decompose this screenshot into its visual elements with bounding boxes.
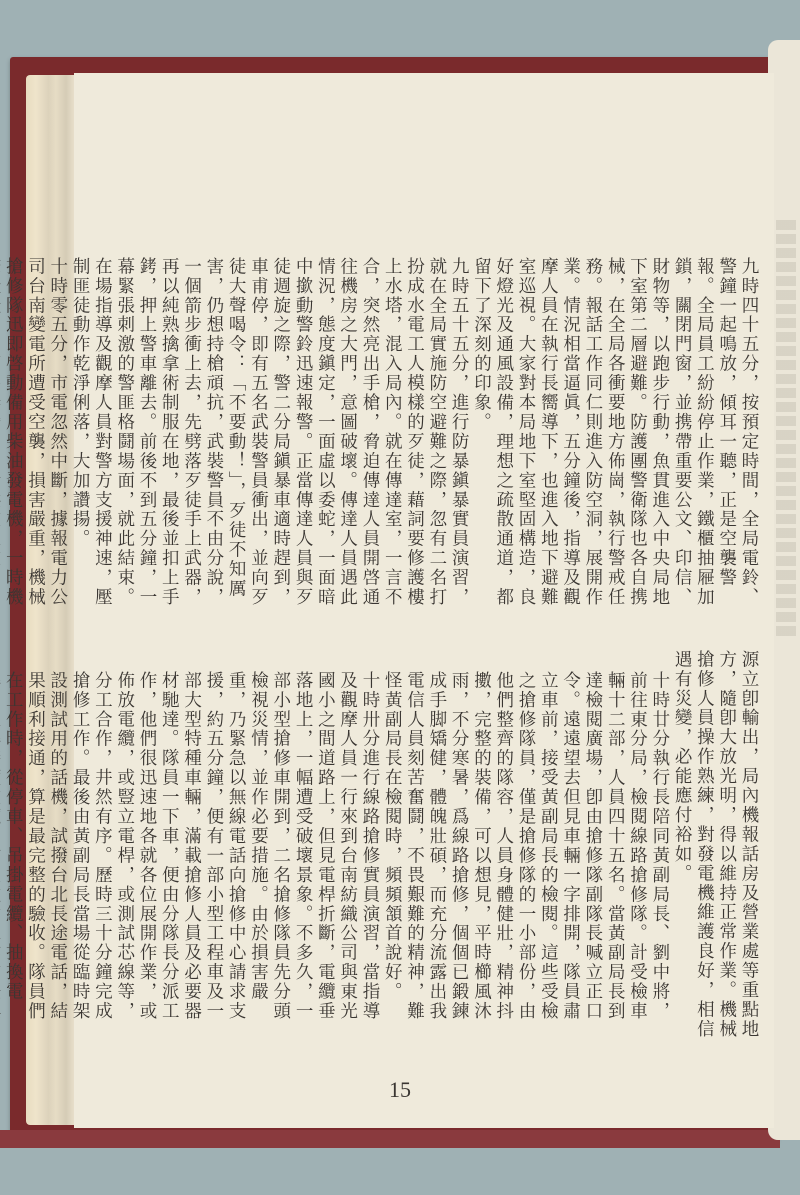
- paragraph: 九時五十五分，進行防暴鎭暴實員演習，就在全局實施防空避難之際，忽有二名打扮成水電…: [69, 236, 470, 626]
- paragraph: 十時卅分進行線路搶修實員演習，當指導及觀摩人員一行來到台南紡織公司與東光國小之間…: [0, 650, 381, 1040]
- paragraph: 十時零五分，市電忽然中斷，據報電力公司台南變電所遭受空襲，損害嚴重，機械搶修隊迅…: [0, 236, 69, 626]
- paragraph: 源立卽輸出，局內機報話房及營業處等重點地方，隨卽大放光明，得以維持正常作業。機械…: [671, 650, 760, 1040]
- text-block-bottom: 源立卽輸出，局內機報話房及營業處等重點地方，隨卽大放光明，得以維持正常作業。機械…: [120, 650, 760, 1040]
- paragraph: 九時四十五分，按預定時間，全局電鈴、警鐘一起鳴放，傾耳一聽，正是空襲警報。全局員…: [470, 236, 760, 626]
- paragraph: 十時廿分執行長陪同黃副局長、劉中將，前往東分局，檢閱線路搶修隊。計受檢車輛十二部…: [381, 650, 671, 1040]
- text-block-top: 九時四十五分，按預定時間，全局電鈴、警鐘一起鳴放，傾耳一聽，正是空襲警報。全局員…: [120, 236, 760, 626]
- adjacent-page-text-ghost: [776, 220, 796, 640]
- page-number: 15: [0, 1077, 800, 1103]
- book-cover-edge: [0, 1130, 780, 1148]
